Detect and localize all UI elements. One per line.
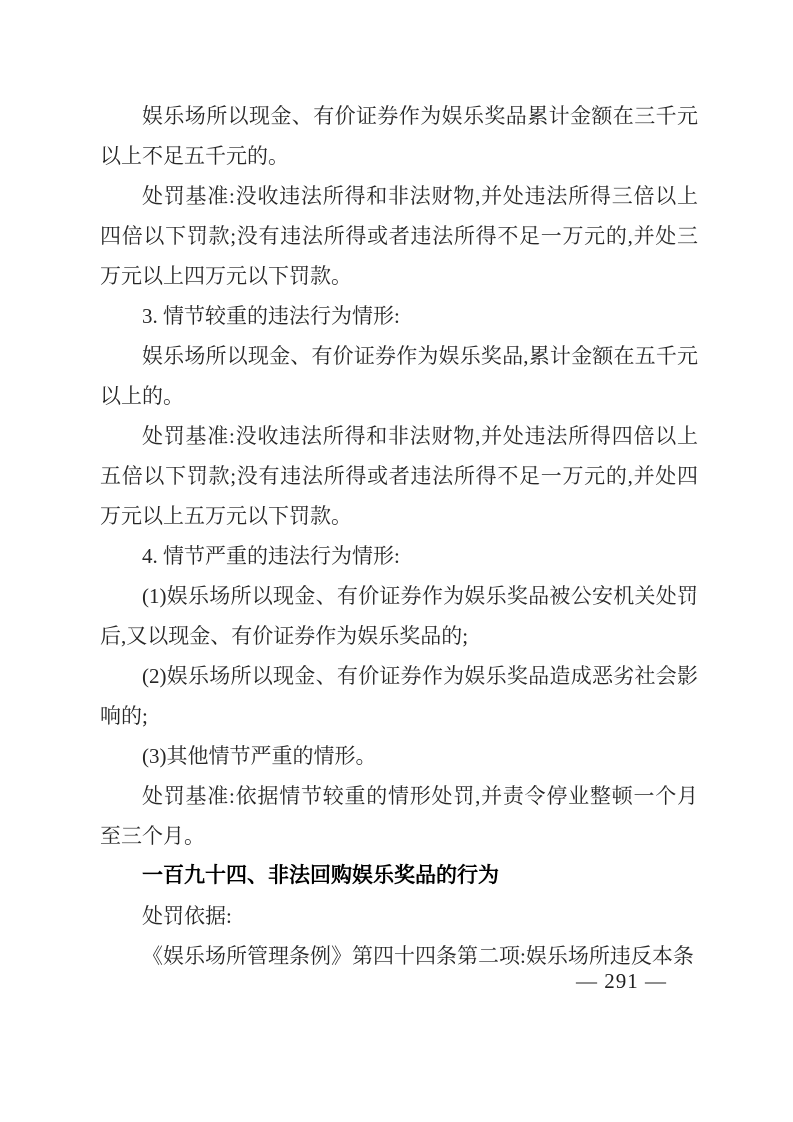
sub-item-3: (3)其他情节严重的情形。 (100, 736, 698, 776)
document-page: 娱乐场所以现金、有价证券作为娱乐奖品累计金额在三千元以上不足五千元的。 处罚基准… (0, 0, 793, 1122)
list-item-4: 4. 情节严重的违法行为情形: (100, 536, 698, 576)
paragraph: 娱乐场所以现金、有价证券作为娱乐奖品,累计金额在五千元以上的。 (100, 336, 698, 416)
paragraph: 处罚基准:依据情节较重的情形处罚,并责令停业整顿一个月至三个月。 (100, 776, 698, 856)
paragraph: 处罚基准:没收违法所得和非法财物,并处违法所得三倍以上四倍以下罚款;没有违法所得… (100, 176, 698, 296)
paragraph: 处罚依据: (100, 896, 698, 936)
text-content: 娱乐场所以现金、有价证券作为娱乐奖品累计金额在三千元以上不足五千元的。 处罚基准… (100, 96, 698, 976)
sub-item-1: (1)娱乐场所以现金、有价证券作为娱乐奖品被公安机关处罚后,又以现金、有价证券作… (100, 576, 698, 656)
page-number: — 291 — (576, 967, 696, 995)
paragraph: 处罚基准:没收违法所得和非法财物,并处违法所得四倍以上五倍以下罚款;没有违法所得… (100, 416, 698, 536)
sub-item-2: (2)娱乐场所以现金、有价证券作为娱乐奖品造成恶劣社会影响的; (100, 656, 698, 736)
paragraph: 娱乐场所以现金、有价证券作为娱乐奖品累计金额在三千元以上不足五千元的。 (100, 96, 698, 176)
section-heading: 一百九十四、非法回购娱乐奖品的行为 (100, 856, 698, 896)
list-item-3: 3. 情节较重的违法行为情形: (100, 296, 698, 336)
